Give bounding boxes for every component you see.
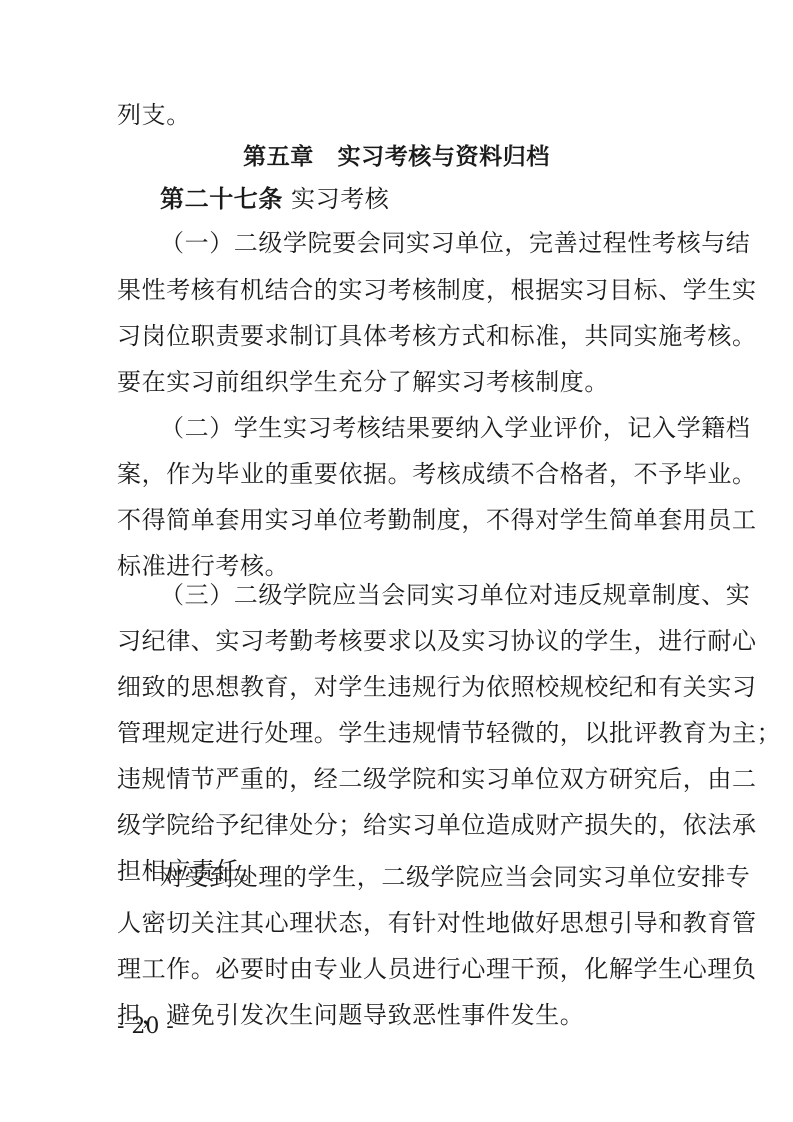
paragraph-line: 要在实习前组织学生充分了解实习考核制度。 (117, 367, 609, 397)
paragraph-line: 标准进行考核。 (117, 551, 609, 581)
carryover-text: 列支。 (117, 100, 609, 130)
paragraph-line: 习纪律、实习考勤考核要求以及实习协议的学生，进行耐心 (117, 626, 609, 656)
paragraph-line: 习岗位职责要求制订具体考核方式和标准，共同实施考核。 (117, 321, 609, 351)
paragraph-line: 理工作。必要时由专业人员进行心理干预，化解学生心理负 (117, 954, 609, 984)
paragraph-line: 管理规定进行处理。学生违规情节轻微的，以批评教育为主； (117, 718, 609, 748)
paragraph-line: 级学院给予纪律处分；给实习单位造成财产损失的，依法承 (117, 810, 609, 840)
paragraph-line: 不得简单套用实习单位考勤制度，不得对学生简单套用员工 (117, 505, 609, 535)
paragraph-line: 担，避免引发次生问题导致恶性事件发生。 (117, 1000, 609, 1030)
paragraph-line: 人密切关注其心理状态，有针对性地做好思想引导和教育管 (117, 908, 609, 938)
paragraph-line: （三）二级学院应当会同实习单位对违反规章制度、实 (160, 580, 610, 610)
paragraph-line: （一）二级学院要会同实习单位，完善过程性考核与结 (160, 228, 610, 258)
paragraph-line: 对受到处理的学生，二级学院应当会同实习单位安排专 (160, 862, 610, 892)
chapter-title: 第五章 实习考核与资料归档 (0, 142, 793, 172)
paragraph-line: 细致的思想教育，对学生违规行为依照校规校纪和有关实习 (117, 672, 609, 702)
article-label: 第二十七条 (160, 185, 283, 213)
paragraph-line: 案，作为毕业的重要依据。考核成绩不合格者，不予毕业。 (117, 459, 609, 489)
document-page: 列支。 第五章 实习考核与资料归档 第二十七条实习考核 （一）二级学院要会同实习… (0, 0, 793, 1122)
paragraph-line: 违规情节严重的，经二级学院和实习单位双方研究后，由二 (117, 764, 609, 794)
paragraph-line: 果性考核有机结合的实习考核制度，根据实习目标、学生实 (117, 275, 609, 305)
article-heading: 第二十七条实习考核 (160, 184, 610, 214)
paragraph-line: （二）学生实习考核结果要纳入学业评价，记入学籍档 (160, 413, 610, 443)
article-title: 实习考核 (291, 185, 389, 213)
page-number: - 20 - (117, 1013, 174, 1041)
